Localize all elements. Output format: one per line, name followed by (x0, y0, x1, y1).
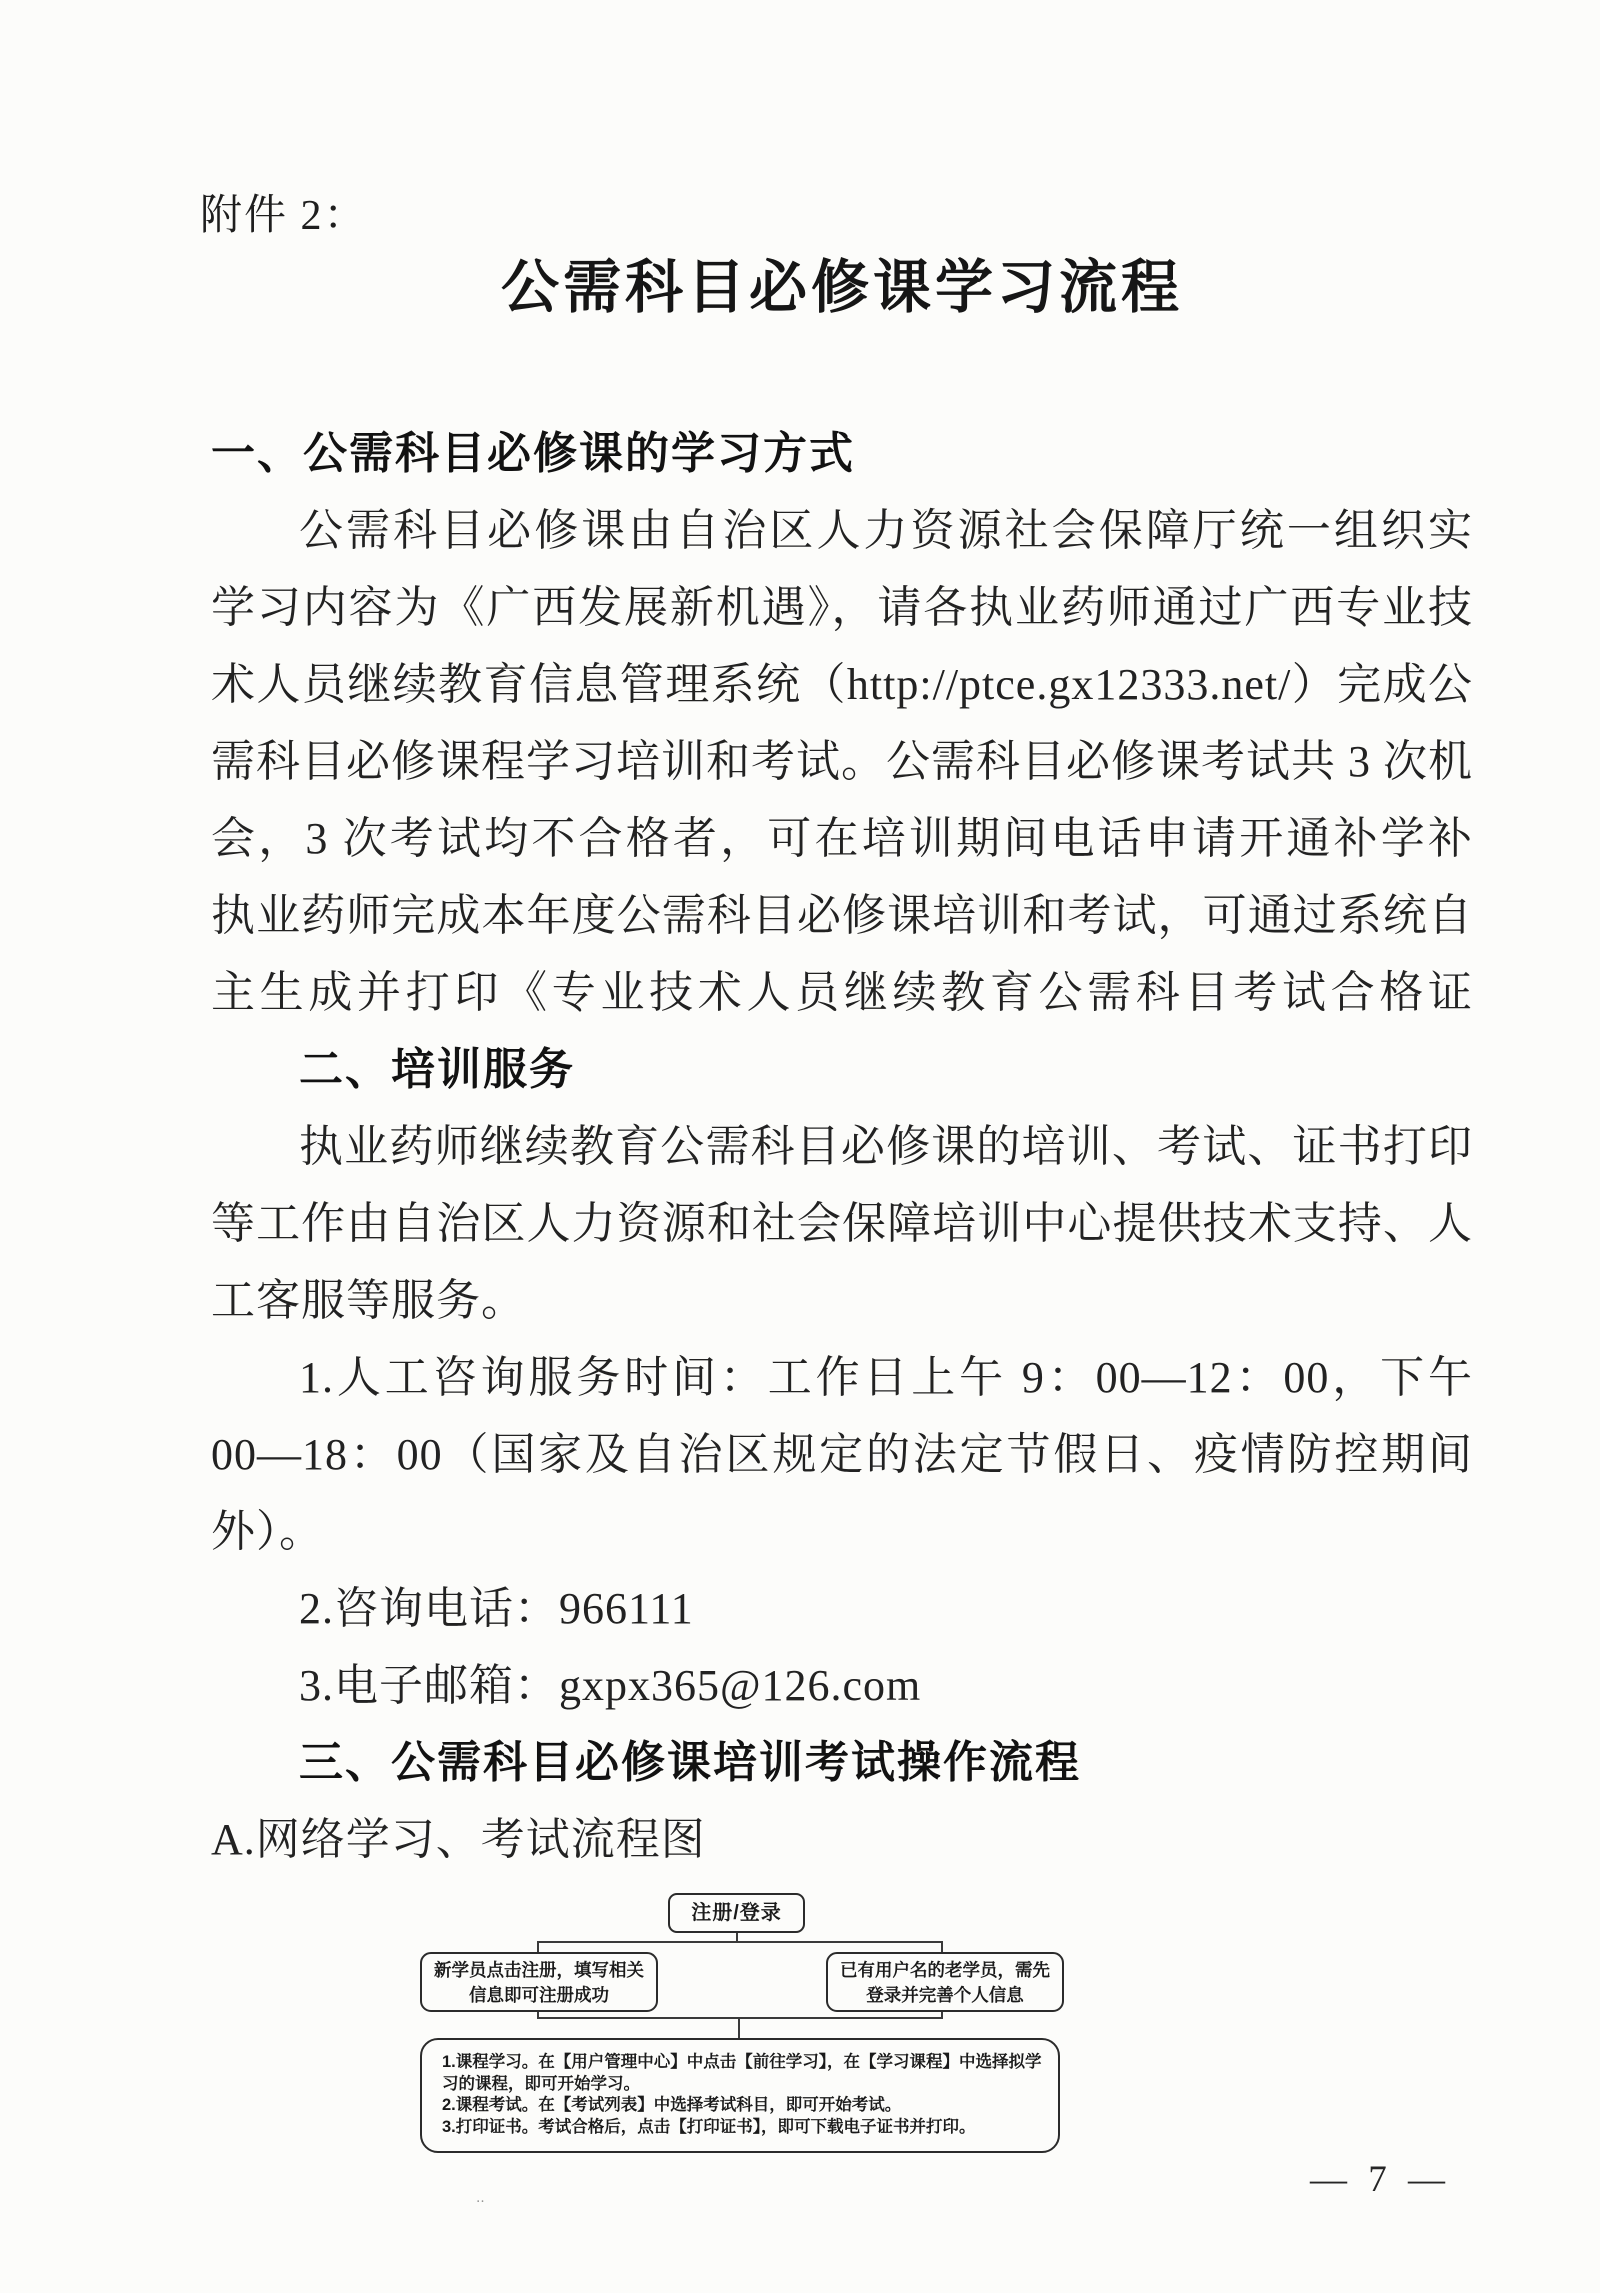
attachment-label: 附件 2： (200, 182, 368, 242)
body-line: 外）。 (211, 1493, 1473, 1570)
flowchart-connector (537, 2017, 943, 2019)
flowchart-register-login-box: 注册/登录 (668, 1893, 805, 1933)
body-line: 工客服等服务。 (211, 1262, 1473, 1339)
body-line: 执业药师完成本年度公需科目必修课培训和考试，可通过系统自 (211, 877, 1473, 954)
flowchart-steps-box: 1.课程学习。在【用户管理中心】中点击【前往学习】，在【学习课程】中选择拟学习的… (420, 2038, 1060, 2153)
section-2-heading: 二、培训服务 (211, 1031, 1473, 1108)
section-3-heading: 三、公需科目必修课培训考试操作流程 (211, 1724, 1473, 1801)
body-line: 00—18：00（国家及自治区规定的法定节假日、疫情防控期间除 (211, 1416, 1473, 1493)
body-line: 学习内容为《广西发展新机遇》，请各执业药师通过广西专业技 (211, 569, 1473, 646)
flowchart-connector (941, 1943, 943, 1952)
page-title: 公需科目必修课学习流程 (211, 240, 1473, 324)
body-line: 术人员继续教育信息管理系统（http://ptce.gx12333.net/）完… (211, 646, 1473, 723)
phone-line: 2.咨询电话：966111 (211, 1570, 1473, 1647)
flowchart-connector (537, 1941, 943, 1943)
flowchart-step: 1.课程学习。在【用户管理中心】中点击【前往学习】，在【学习课程】中选择拟学习的… (442, 2052, 1042, 2095)
flowchart-connector (537, 1943, 539, 1952)
flowchart-step: 2.课程考试。在【考试列表】中选择考试科目，即可开始考试。 (442, 2095, 1042, 2117)
email-line: 3.电子邮箱：gxpx365@126.com (211, 1647, 1473, 1724)
scan-artifact-dots: ‥ (476, 2190, 487, 2206)
body-line: 执业药师继续教育公需科目必修课的培训、考试、证书打印 (211, 1108, 1473, 1185)
flowchart-new-student-box: 新学员点击注册，填写相关信息即可注册成功 (420, 1952, 658, 2012)
body-line: 公需科目必修课由自治区人力资源社会保障厅统一组织实施， (211, 492, 1473, 569)
flowchart-connector (738, 2019, 740, 2038)
document-page: 附件 2： 公需科目必修课学习流程 一、公需科目必修课的学习方式 公需科目必修课… (0, 0, 1600, 2293)
flowchart-step: 3.打印证书。考试合格后，点击【打印证书】，即可下载电子证书并打印。 (442, 2117, 1042, 2139)
section-1-heading: 一、公需科目必修课的学习方式 (211, 415, 1473, 492)
body-line: 1.人工咨询服务时间：工作日上午 9：00—12：00，下午 14： (211, 1339, 1473, 1416)
page-number: — 7 — (1310, 2158, 1451, 2201)
body-line: 主生成并打印《专业技术人员继续教育公需科目考试合格证书》。 (211, 954, 1473, 1031)
body-line: 等工作由自治区人力资源和社会保障培训中心提供技术支持、人 (211, 1185, 1473, 1262)
flowchart-old-student-box: 已有用户名的老学员，需先登录并完善个人信息 (826, 1952, 1064, 2012)
body-line: 会，3 次考试均不合格者，可在培训期间电话申请开通补学补考。 (211, 800, 1473, 877)
body-line: 需科目必修课程学习培训和考试。公需科目必修课考试共 3 次机 (211, 723, 1473, 800)
flowchart-caption: A.网络学习、考试流程图 (211, 1801, 1473, 1878)
document-body: 一、公需科目必修课的学习方式 公需科目必修课由自治区人力资源社会保障厅统一组织实… (211, 415, 1473, 1878)
